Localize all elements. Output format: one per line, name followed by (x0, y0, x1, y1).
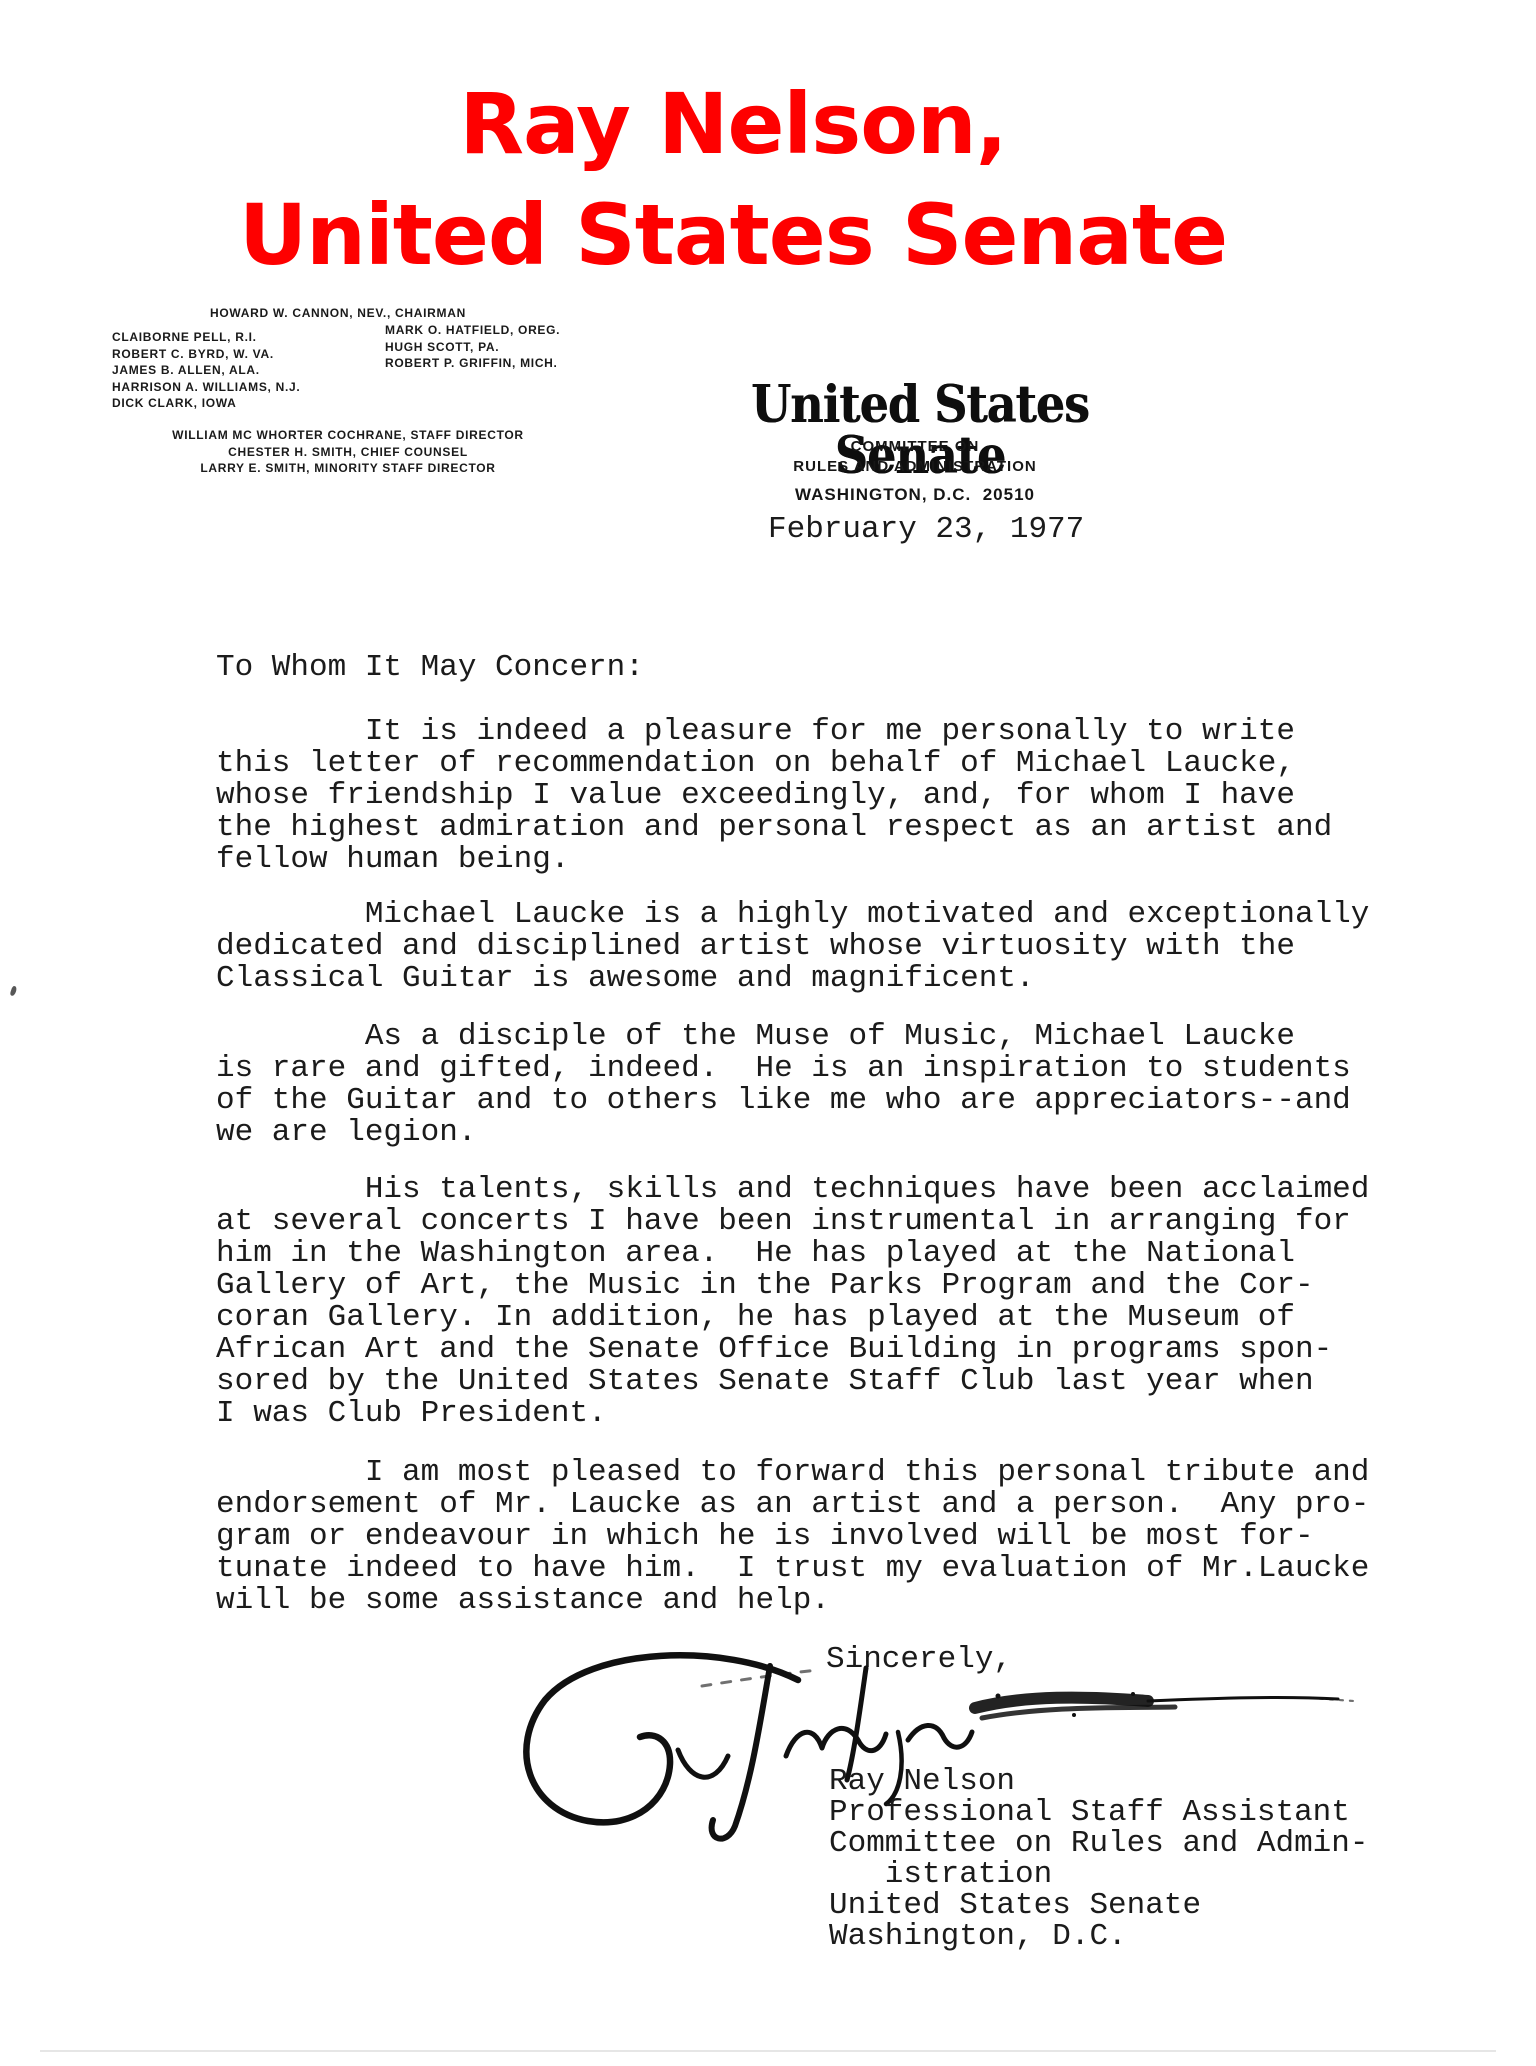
letter-paragraph-2: Michael Laucke is a highly motivated and… (216, 899, 1369, 995)
scan-speck (10, 985, 18, 996)
letter-paragraph-4: His talents, skills and techniques have … (216, 1174, 1369, 1430)
letter-page: Ray Nelson, United States Senate HOWARD … (0, 0, 1536, 2066)
page-title-line-1: Ray Nelson, (0, 69, 1466, 180)
letterhead-members-left-list: CLAIBORNE PELL, R.I. ROBERT C. BYRD, W. … (112, 329, 300, 412)
committee-name-lines: COMMITTEE ON RULES AND ADMINISTRATION (715, 437, 1115, 477)
page-title-line-2: United States Senate (0, 180, 1466, 291)
letterhead-address-line: WASHINGTON, D.C. 20510 (715, 485, 1115, 505)
letterhead-members-right-list: MARK O. HATFIELD, OREG. HUGH SCOTT, PA. … (385, 322, 560, 372)
page-title: Ray Nelson, United States Senate (0, 69, 1466, 291)
letter-date: February 23, 1977 (768, 514, 1084, 546)
letter-paragraph-3: As a disciple of the Muse of Music, Mich… (216, 1021, 1351, 1149)
letterhead-chairman-line: HOWARD W. CANNON, NEV., CHAIRMAN (210, 305, 466, 322)
letterhead-staff-list: WILLIAM MC WHORTER COCHRANE, STAFF DIREC… (98, 427, 598, 477)
scan-edge-line (40, 2050, 1496, 2052)
salutation: To Whom It May Concern: (216, 652, 644, 684)
letter-paragraph-1: It is indeed a pleasure for me personall… (216, 716, 1332, 876)
signature-block: Ray Nelson Professional Staff Assistant … (829, 1766, 1369, 1952)
letter-paragraph-5: I am most pleased to forward this person… (216, 1457, 1369, 1617)
